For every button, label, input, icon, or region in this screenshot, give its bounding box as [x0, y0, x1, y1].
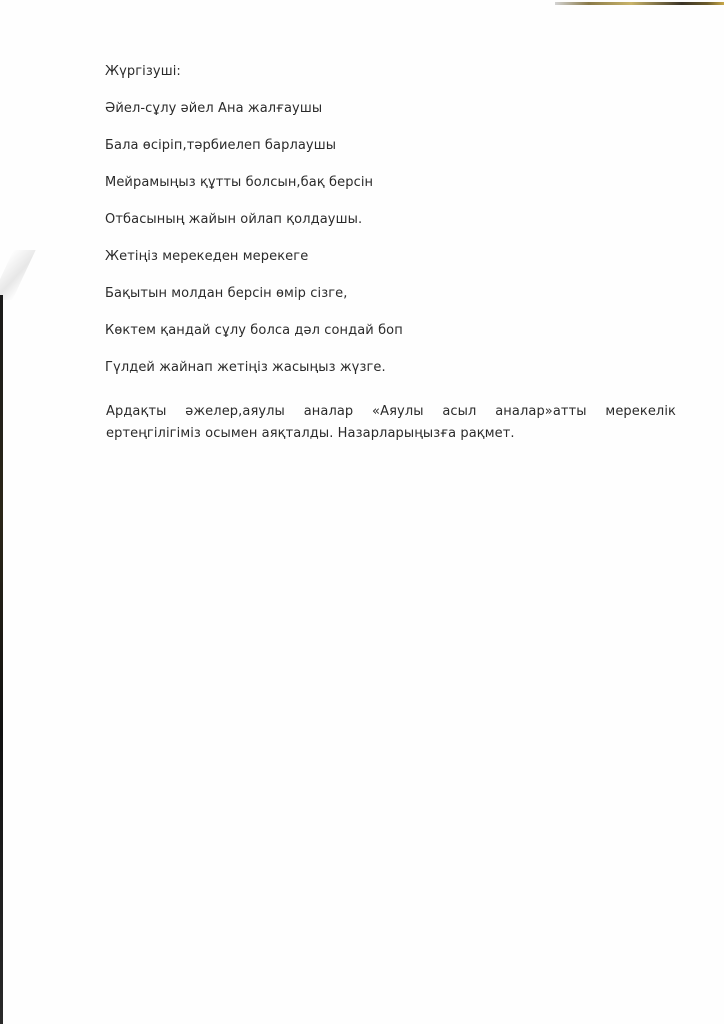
scan-edge-shadow: [0, 250, 36, 300]
poem-line: Бала өсіріп,тәрбиелеп барлаушы: [105, 138, 336, 154]
poem-line: Көктем қандай сұлу болса дәл сондай боп: [105, 323, 403, 339]
closing-paragraph: Ардақты әжелер,аяулы аналар «Аяулы асыл …: [106, 401, 676, 445]
poem-line: Жетіңіз мерекеден мерекеге: [105, 249, 308, 265]
poem-line: Отбасының жайын ойлап қолдаушы.: [105, 212, 362, 228]
poem-line: Бақытын молдан берсін өмір сізге,: [105, 286, 347, 302]
speaker-label: Жүргізуші:: [105, 64, 181, 80]
poem-line: Мейрамыңыз құтты болсын,бақ берсін: [105, 175, 373, 191]
scan-edge-top: [555, 2, 724, 5]
scanned-page: Жүргізуші: Әйел-сұлу әйел Ана жалғаушы Б…: [0, 0, 724, 1024]
poem-line: Гүлдей жайнап жетіңіз жасыңыз жүзге.: [105, 360, 386, 376]
poem-line: Әйел-сұлу әйел Ана жалғаушы: [105, 101, 322, 117]
scan-edge-left: [0, 295, 3, 1024]
